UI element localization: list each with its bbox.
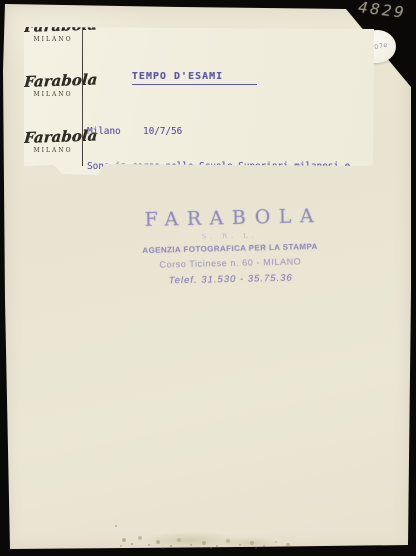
stamp-company-type: S. R. L. [126, 230, 334, 243]
pencil-archive-number: 4829 [357, 0, 407, 22]
label-divider-line [82, 27, 83, 166]
caption-title: TEMPO D'ESAMI [132, 71, 257, 85]
mould-speckles [115, 525, 117, 527]
logo-city-label: MILANO [24, 91, 82, 98]
letterhead-logo-3: Farabola MILANO [24, 129, 82, 154]
photo-verso-scan: 4829 4907e Farabola MILANO Farabola MILA… [0, 0, 416, 556]
caption-label: Farabola MILANO Farabola MILANO Farabola… [24, 27, 374, 177]
farabola-logo: Farabola [23, 128, 82, 147]
logo-city-label: MILANO [24, 147, 82, 154]
letterhead-logo-2: Farabola MILANO [24, 73, 82, 98]
caption-dateline: Milano 10/7/56 [87, 126, 374, 138]
stamp-subtitle: AGENZIA FOTOGRAFICA PER LA STAMPA [126, 242, 334, 256]
farabola-logo: Farabola [23, 72, 82, 91]
stamp-agency-name: FARABOLA [125, 205, 333, 232]
stamp-address: Corso Ticinese n. 60 - MILANO [126, 256, 334, 271]
agency-ink-stamp: FARABOLA S. R. L. AGENZIA FOTOGRAFICA PE… [125, 205, 335, 288]
logo-city-label: MILANO [24, 36, 82, 43]
